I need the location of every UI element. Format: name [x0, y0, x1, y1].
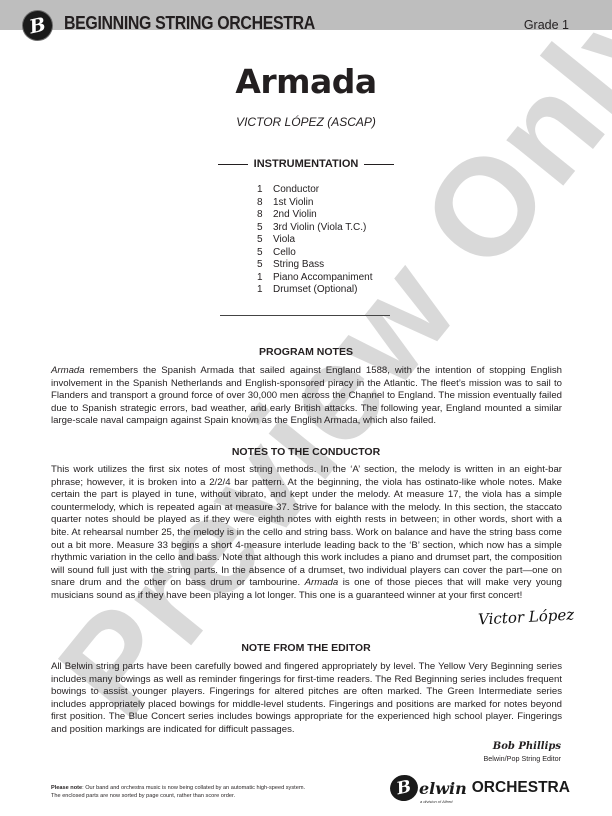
part-name: 3rd Violin (Viola T.C.)	[273, 222, 366, 233]
part-name: Piano Accompaniment	[273, 272, 373, 283]
part-quantity: 1	[257, 184, 273, 197]
instrumentation-item: 5String Bass	[257, 259, 373, 272]
conductor-notes-heading: NOTES TO THE CONDUCTOR	[0, 446, 612, 458]
collation-note-line1: : Our band and orchestra music is now be…	[82, 785, 305, 791]
instrumentation-divider	[220, 315, 390, 316]
part-quantity: 5	[257, 222, 273, 235]
instrumentation-item: 82nd Violin	[257, 209, 373, 222]
part-quantity: 5	[257, 234, 273, 247]
publisher-brand: elwin	[419, 779, 467, 798]
editor-name: Bob Phillips	[483, 741, 561, 752]
editor-note-body: All Belwin string parts have been carefu…	[51, 661, 562, 737]
instrumentation-item: 1Piano Accompaniment	[257, 272, 373, 285]
part-name: Conductor	[273, 184, 319, 195]
publisher-line: ORCHESTRA	[472, 779, 570, 797]
instrumentation-item: 81st Violin	[257, 197, 373, 210]
part-quantity: 8	[257, 209, 273, 222]
part-quantity: 5	[257, 247, 273, 260]
document-content: Armada VICTOR LÓPEZ (ASCAP) INSTRUMENTAT…	[0, 0, 612, 816]
instrumentation-heading: INSTRUMENTATION	[0, 158, 612, 170]
editor-role: Belwin/Pop String Editor	[483, 754, 561, 763]
editor-signature-block: Bob Phillips Belwin/Pop String Editor	[483, 741, 561, 763]
conductor-notes-italic-title: Armada	[305, 577, 339, 588]
part-quantity: 1	[257, 284, 273, 297]
heading-rule-left	[218, 164, 248, 165]
part-quantity: 5	[257, 259, 273, 272]
instrumentation-item: 5Cello	[257, 247, 373, 260]
editor-note-heading: NOTE FROM THE EDITOR	[0, 642, 612, 654]
part-quantity: 1	[257, 272, 273, 285]
program-notes-text: remembers the Spanish Armada that sailed…	[51, 365, 562, 426]
instrumentation-heading-text: INSTRUMENTATION	[254, 158, 359, 170]
composer-signature: Victor López	[478, 605, 575, 628]
part-name: String Bass	[273, 259, 324, 270]
program-notes-body: Armada remembers the Spanish Armada that…	[51, 365, 562, 428]
part-name: Drumset (Optional)	[273, 284, 357, 295]
collation-note-line2: The enclosed parts are now sorted by pag…	[51, 792, 305, 800]
instrumentation-item: 5Viola	[257, 234, 373, 247]
program-notes-heading: PROGRAM NOTES	[0, 346, 612, 358]
part-name: 1st Violin	[273, 197, 313, 208]
conductor-notes-body: This work utilizes the first six notes o…	[51, 464, 562, 603]
instrumentation-list: 1Conductor81st Violin82nd Violin53rd Vio…	[257, 184, 373, 297]
part-name: Cello	[273, 247, 296, 258]
conductor-notes-text-1: This work utilizes the first six notes o…	[51, 464, 562, 588]
instrumentation-item: 1Conductor	[257, 184, 373, 197]
instrumentation-item: 1Drumset (Optional)	[257, 284, 373, 297]
piece-title: Armada	[0, 62, 612, 101]
instrumentation-item: 53rd Violin (Viola T.C.)	[257, 222, 373, 235]
collation-note-label: Please note	[51, 785, 82, 791]
collation-note: Please note: Our band and orchestra musi…	[51, 784, 305, 800]
belwin-badge-icon: B	[388, 772, 421, 803]
part-quantity: 8	[257, 197, 273, 210]
publisher-tagline: a division of Alfred	[420, 799, 453, 804]
badge-letter: B	[395, 777, 413, 800]
heading-rule-right	[364, 164, 394, 165]
composer-credit: VICTOR LÓPEZ (ASCAP)	[0, 115, 612, 129]
part-name: Viola	[273, 234, 295, 245]
belwin-orchestra-logo: B elwin ORCHESTRA	[390, 773, 570, 803]
program-notes-italic-title: Armada	[51, 365, 85, 376]
part-name: 2nd Violin	[273, 209, 317, 220]
